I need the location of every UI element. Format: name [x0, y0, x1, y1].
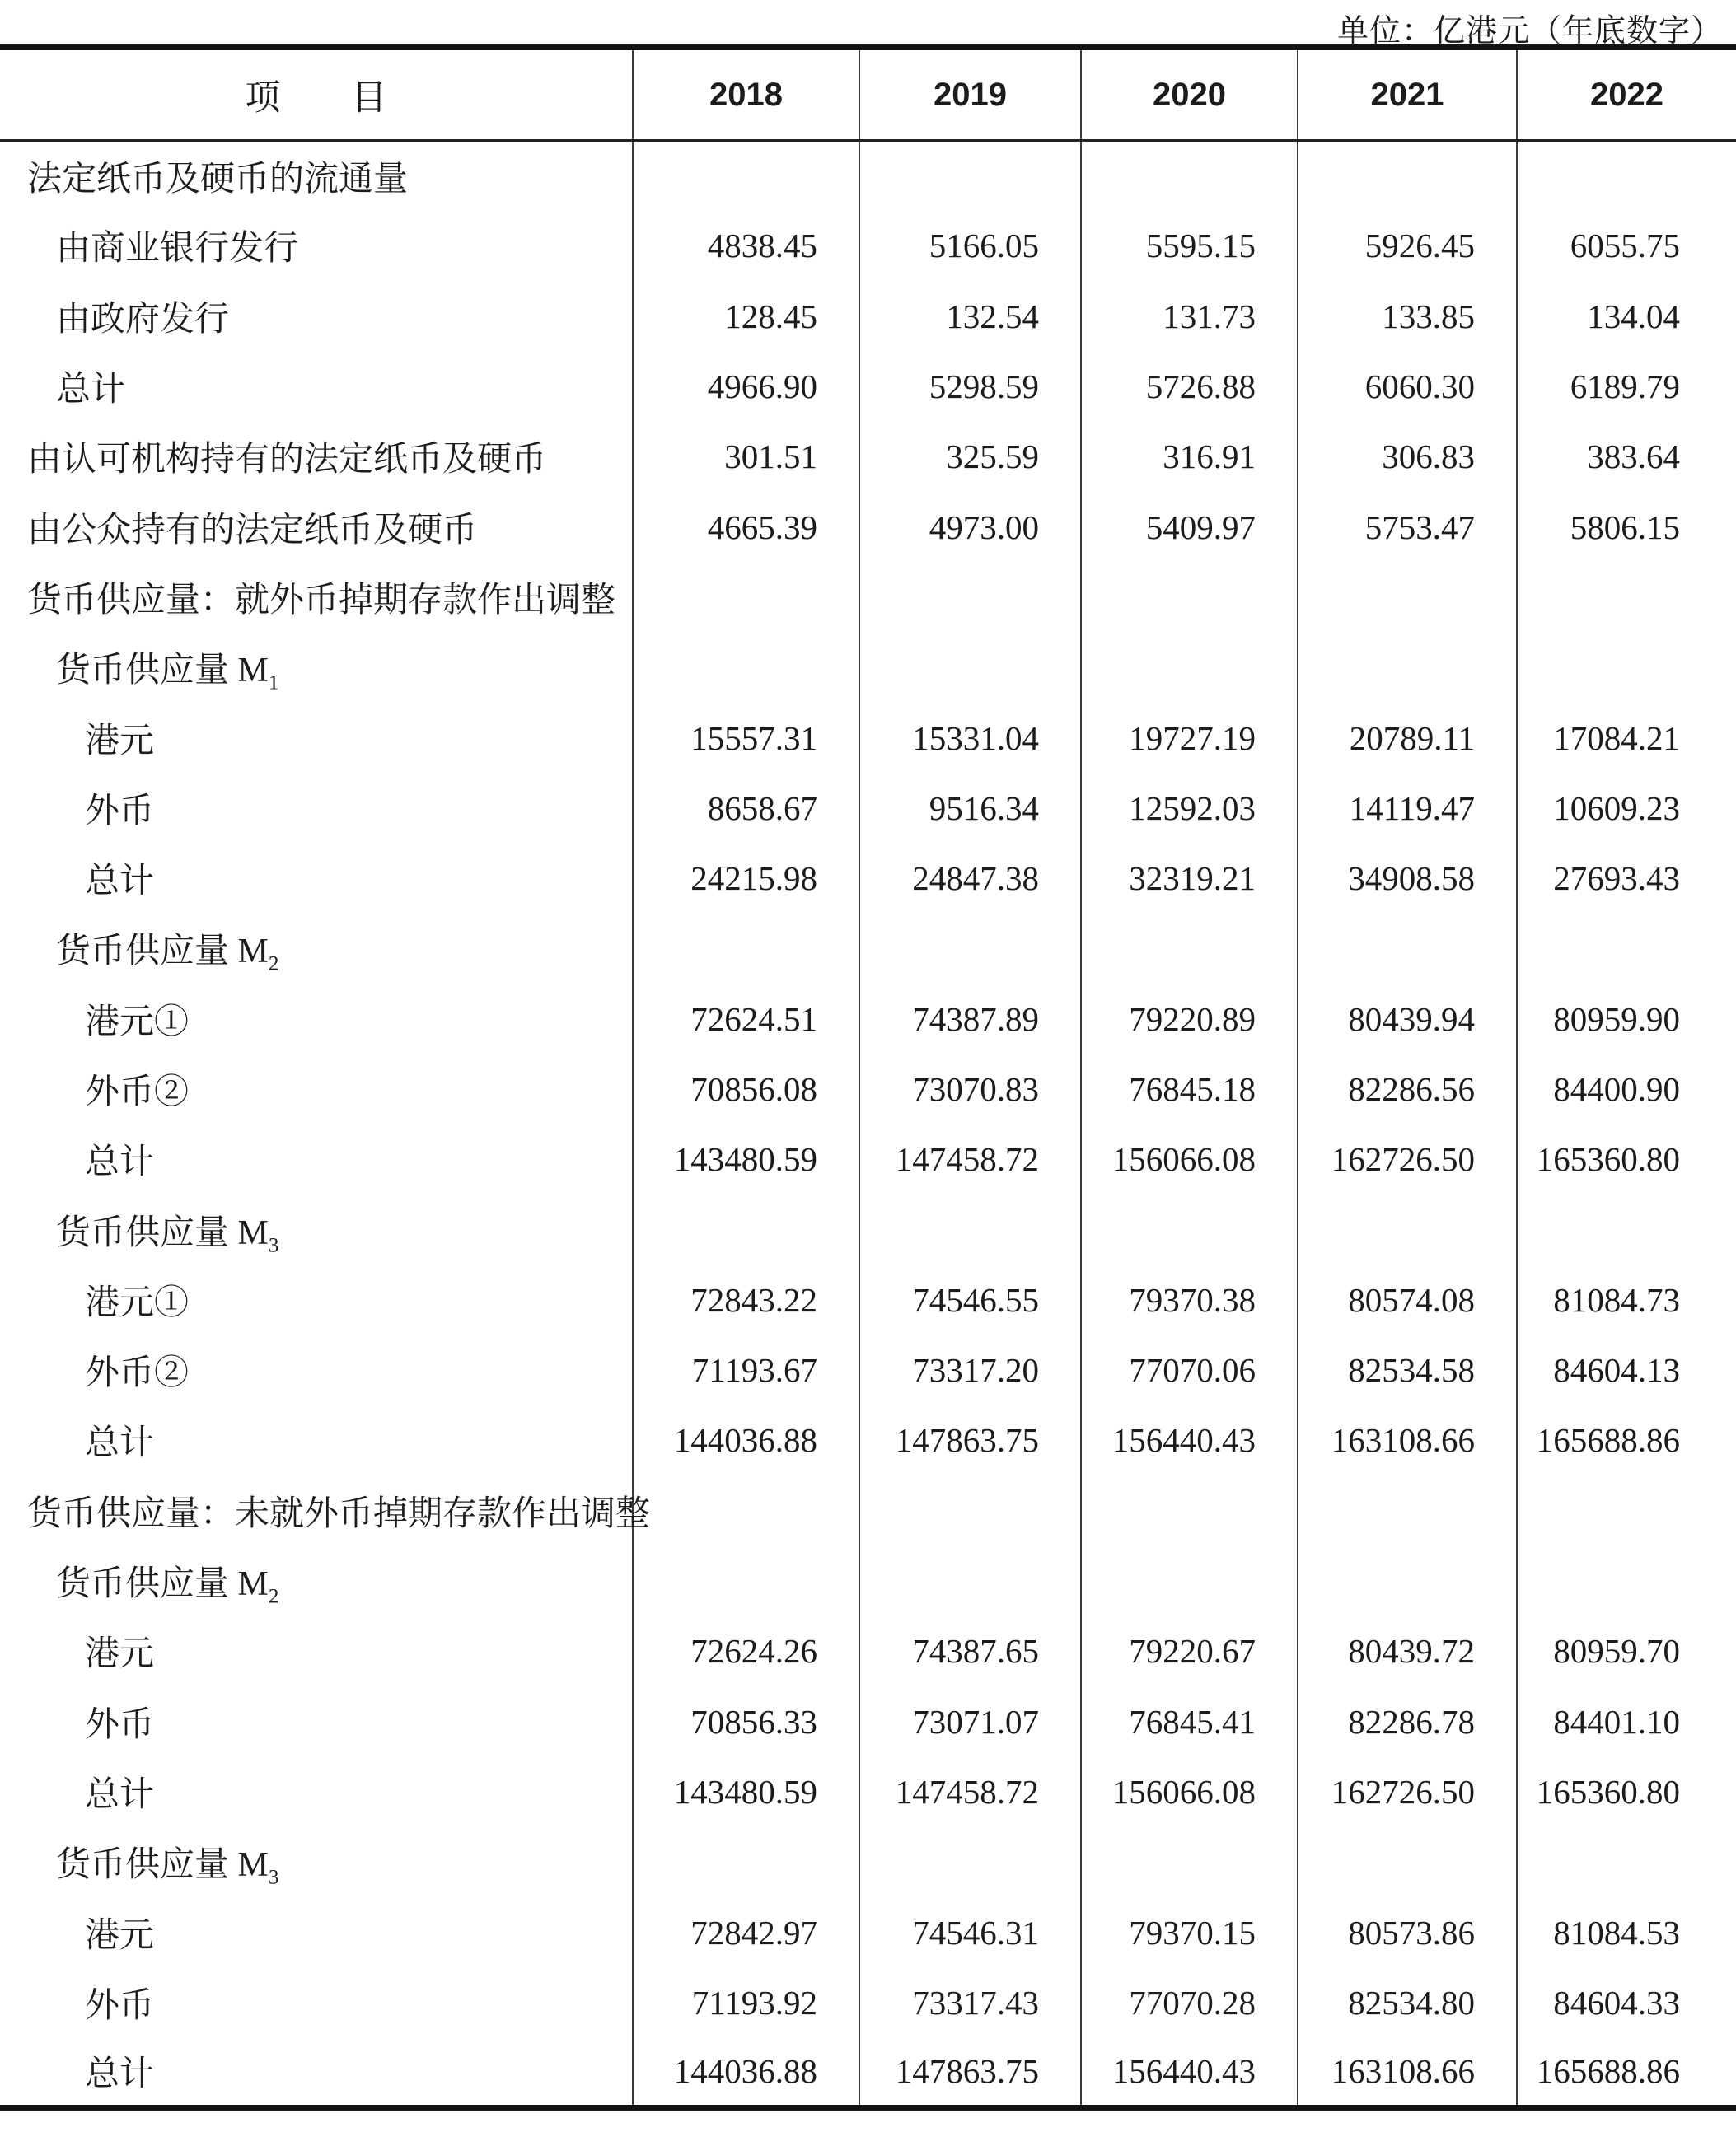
cell-value — [633, 141, 859, 211]
cell-value: 5409.97 — [1081, 492, 1298, 562]
cell-value: 9516.34 — [859, 773, 1081, 843]
cell-value — [859, 1827, 1081, 1897]
table-row: 由商业银行发行4838.455166.055595.155926.456055.… — [0, 211, 1736, 281]
cell-value — [633, 1195, 859, 1265]
row-label: 港元 — [0, 1616, 633, 1686]
cell-value: 5298.59 — [859, 351, 1081, 421]
cell-value — [1517, 914, 1736, 984]
cell-value: 82286.78 — [1298, 1686, 1517, 1756]
row-label: 货币供应量 M3 — [0, 1195, 633, 1265]
table-row: 由公众持有的法定纸币及硬币4665.394973.005409.975753.4… — [0, 492, 1736, 562]
cell-value: 80573.86 — [1298, 1897, 1517, 1967]
table-row: 总计144036.88147863.75156440.43163108.6616… — [0, 1405, 1736, 1475]
row-label: 总计 — [0, 1405, 633, 1475]
cell-value — [633, 1545, 859, 1615]
cell-value: 133.85 — [1298, 281, 1517, 351]
cell-value: 10609.23 — [1517, 773, 1736, 843]
cell-value: 77070.28 — [1081, 1967, 1298, 2037]
cell-value: 74546.31 — [859, 1897, 1081, 1967]
cell-value: 73317.20 — [859, 1335, 1081, 1405]
cell-value: 144036.88 — [633, 1405, 859, 1475]
cell-value: 156440.43 — [1081, 1405, 1298, 1475]
cell-value — [859, 141, 1081, 211]
cell-value — [633, 914, 859, 984]
cell-value: 34908.58 — [1298, 843, 1517, 913]
table-row: 货币供应量：就外币掉期存款作出调整 — [0, 562, 1736, 632]
cell-value: 12592.03 — [1081, 773, 1298, 843]
cell-value — [633, 562, 859, 632]
cell-value: 82534.80 — [1298, 1967, 1517, 2037]
cell-value — [1081, 633, 1298, 703]
table-row: 货币供应量 M2 — [0, 1545, 1736, 1615]
cell-value: 316.91 — [1081, 422, 1298, 492]
cell-value — [1517, 1827, 1736, 1897]
table-row: 总计24215.9824847.3832319.2134908.5827693.… — [0, 843, 1736, 913]
cell-value: 8658.67 — [633, 773, 859, 843]
table-row: 货币供应量 M3 — [0, 1827, 1736, 1897]
table-body: 法定纸币及硬币的流通量由商业银行发行4838.455166.055595.155… — [0, 141, 1736, 2108]
cell-value: 147863.75 — [859, 1405, 1081, 1475]
table-row: 外币70856.3373071.0776845.4182286.7884401.… — [0, 1686, 1736, 1756]
cell-value — [633, 1475, 859, 1545]
table-row: 货币供应量 M2 — [0, 914, 1736, 984]
row-label: 货币供应量 M2 — [0, 914, 633, 984]
cell-value: 165688.86 — [1517, 2038, 1736, 2108]
table-row: 总计144036.88147863.75156440.43163108.6616… — [0, 2038, 1736, 2108]
cell-value: 156066.08 — [1081, 1756, 1298, 1826]
table-row: 外币71193.9273317.4377070.2882534.8084604.… — [0, 1967, 1736, 2037]
unit-label: 单位：亿港元（年底数字） — [0, 0, 1736, 44]
row-label: 由认可机构持有的法定纸币及硬币 — [0, 422, 633, 492]
table-row: 货币供应量 M1 — [0, 633, 1736, 703]
cell-value: 147458.72 — [859, 1756, 1081, 1826]
cell-value — [1081, 1545, 1298, 1615]
cell-value — [859, 562, 1081, 632]
table-row: 货币供应量：未就外币掉期存款作出调整 — [0, 1475, 1736, 1545]
table-row: 货币供应量 M3 — [0, 1195, 1736, 1265]
cell-value — [1298, 914, 1517, 984]
cell-value — [1517, 562, 1736, 632]
table-row: 法定纸币及硬币的流通量 — [0, 141, 1736, 211]
row-label: 由政府发行 — [0, 281, 633, 351]
row-label: 总计 — [0, 1756, 633, 1826]
cell-value — [1517, 1545, 1736, 1615]
column-header-year-2021: 2021 — [1298, 48, 1517, 141]
table-row: 外币②70856.0873070.8376845.1882286.5684400… — [0, 1054, 1736, 1124]
row-label: 总计 — [0, 843, 633, 913]
cell-value — [1298, 1545, 1517, 1615]
cell-value: 4838.45 — [633, 211, 859, 281]
cell-value: 15331.04 — [859, 703, 1081, 773]
cell-value: 84400.90 — [1517, 1054, 1736, 1124]
cell-value: 5726.88 — [1081, 351, 1298, 421]
cell-value: 71193.67 — [633, 1335, 859, 1405]
row-label: 外币 — [0, 773, 633, 843]
cell-value — [859, 1545, 1081, 1615]
cell-value: 132.54 — [859, 281, 1081, 351]
row-label: 总计 — [0, 2038, 633, 2108]
cell-value: 162726.50 — [1298, 1124, 1517, 1195]
cell-value — [633, 633, 859, 703]
cell-value: 325.59 — [859, 422, 1081, 492]
table-row: 港元72842.9774546.3179370.1580573.8681084.… — [0, 1897, 1736, 1967]
cell-value: 6189.79 — [1517, 351, 1736, 421]
table-row: 总计143480.59147458.72156066.08162726.5016… — [0, 1124, 1736, 1195]
row-label: 外币 — [0, 1686, 633, 1756]
cell-value: 6060.30 — [1298, 351, 1517, 421]
row-label: 港元① — [0, 984, 633, 1054]
cell-value: 15557.31 — [633, 703, 859, 773]
cell-value — [1298, 1827, 1517, 1897]
cell-value: 80574.08 — [1298, 1265, 1517, 1335]
row-label: 货币供应量：未就外币掉期存款作出调整 — [0, 1475, 633, 1545]
cell-value: 4966.90 — [633, 351, 859, 421]
cell-value — [859, 1195, 1081, 1265]
cell-value: 128.45 — [633, 281, 859, 351]
cell-value: 71193.92 — [633, 1967, 859, 2037]
cell-value — [1298, 1475, 1517, 1545]
table-row: 外币②71193.6773317.2077070.0682534.5884604… — [0, 1335, 1736, 1405]
cell-value: 80439.94 — [1298, 984, 1517, 1054]
cell-value — [1298, 141, 1517, 211]
cell-value — [859, 633, 1081, 703]
cell-value: 143480.59 — [633, 1756, 859, 1826]
row-label: 法定纸币及硬币的流通量 — [0, 141, 633, 211]
cell-value — [1081, 562, 1298, 632]
cell-value: 70856.33 — [633, 1686, 859, 1756]
row-label: 货币供应量：就外币掉期存款作出调整 — [0, 562, 633, 632]
cell-value: 156066.08 — [1081, 1124, 1298, 1195]
cell-value: 5926.45 — [1298, 211, 1517, 281]
cell-value: 74546.55 — [859, 1265, 1081, 1335]
column-header-item: 项 目 — [0, 48, 633, 141]
cell-value — [1081, 1195, 1298, 1265]
table-row: 由认可机构持有的法定纸币及硬币301.51325.59316.91306.833… — [0, 422, 1736, 492]
cell-value — [1081, 141, 1298, 211]
cell-value: 147863.75 — [859, 2038, 1081, 2108]
row-label: 港元 — [0, 703, 633, 773]
cell-value: 162726.50 — [1298, 1756, 1517, 1826]
cell-value: 74387.89 — [859, 984, 1081, 1054]
cell-value: 82286.56 — [1298, 1054, 1517, 1124]
cell-value: 80959.70 — [1517, 1616, 1736, 1686]
cell-value: 383.64 — [1517, 422, 1736, 492]
cell-value: 72624.26 — [633, 1616, 859, 1686]
cell-value — [859, 914, 1081, 984]
cell-value: 5753.47 — [1298, 492, 1517, 562]
cell-value — [1298, 1195, 1517, 1265]
row-label: 外币② — [0, 1335, 633, 1405]
row-label: 港元 — [0, 1897, 633, 1967]
cell-value — [1081, 914, 1298, 984]
column-header-year-2020: 2020 — [1081, 48, 1298, 141]
cell-value: 81084.53 — [1517, 1897, 1736, 1967]
row-label: 总计 — [0, 1124, 633, 1195]
cell-value: 76845.41 — [1081, 1686, 1298, 1756]
cell-value: 72624.51 — [633, 984, 859, 1054]
column-header-year-2019: 2019 — [859, 48, 1081, 141]
cell-value — [1081, 1827, 1298, 1897]
cell-value: 82534.58 — [1298, 1335, 1517, 1405]
row-label: 港元① — [0, 1265, 633, 1335]
row-label: 由公众持有的法定纸币及硬币 — [0, 492, 633, 562]
column-header-year-2022: 2022 — [1517, 48, 1736, 141]
cell-value: 79220.89 — [1081, 984, 1298, 1054]
cell-value: 301.51 — [633, 422, 859, 492]
row-label: 货币供应量 M1 — [0, 633, 633, 703]
cell-value: 17084.21 — [1517, 703, 1736, 773]
cell-value: 84604.13 — [1517, 1335, 1736, 1405]
cell-value: 79370.15 — [1081, 1897, 1298, 1967]
cell-value — [1298, 562, 1517, 632]
cell-value: 144036.88 — [633, 2038, 859, 2108]
cell-value — [1517, 633, 1736, 703]
cell-value: 5595.15 — [1081, 211, 1298, 281]
cell-value: 79220.67 — [1081, 1616, 1298, 1686]
cell-value: 163108.66 — [1298, 1405, 1517, 1475]
table-row: 港元①72843.2274546.5579370.3880574.0881084… — [0, 1265, 1736, 1335]
table-row: 由政府发行128.45132.54131.73133.85134.04 — [0, 281, 1736, 351]
row-label: 外币 — [0, 1967, 633, 2037]
cell-value — [1081, 1475, 1298, 1545]
cell-value: 6055.75 — [1517, 211, 1736, 281]
cell-value: 24847.38 — [859, 843, 1081, 913]
row-label: 货币供应量 M3 — [0, 1827, 633, 1897]
cell-value: 27693.43 — [1517, 843, 1736, 913]
cell-value: 156440.43 — [1081, 2038, 1298, 2108]
cell-value: 147458.72 — [859, 1124, 1081, 1195]
table-row: 总计4966.905298.595726.886060.306189.79 — [0, 351, 1736, 421]
cell-value: 84401.10 — [1517, 1686, 1736, 1756]
cell-value: 76845.18 — [1081, 1054, 1298, 1124]
cell-value — [633, 1827, 859, 1897]
cell-value: 81084.73 — [1517, 1265, 1736, 1335]
cell-value — [1298, 633, 1517, 703]
cell-value: 134.04 — [1517, 281, 1736, 351]
cell-value: 77070.06 — [1081, 1335, 1298, 1405]
cell-value: 165360.80 — [1517, 1756, 1736, 1826]
cell-value: 72843.22 — [633, 1265, 859, 1335]
cell-value: 20789.11 — [1298, 703, 1517, 773]
cell-value — [1517, 1475, 1736, 1545]
row-label: 总计 — [0, 351, 633, 421]
table-header-row: 项 目 2018 2019 2020 2021 2022 — [0, 48, 1736, 141]
cell-value: 32319.21 — [1081, 843, 1298, 913]
money-supply-table: 项 目 2018 2019 2020 2021 2022 法定纸币及硬币的流通量… — [0, 44, 1736, 2111]
row-label: 外币② — [0, 1054, 633, 1124]
cell-value: 73071.07 — [859, 1686, 1081, 1756]
cell-value: 80959.90 — [1517, 984, 1736, 1054]
cell-value: 73317.43 — [859, 1967, 1081, 2037]
cell-value: 165360.80 — [1517, 1124, 1736, 1195]
cell-value: 70856.08 — [633, 1054, 859, 1124]
cell-value: 4665.39 — [633, 492, 859, 562]
cell-value: 80439.72 — [1298, 1616, 1517, 1686]
table-row: 外币8658.679516.3412592.0314119.4710609.23 — [0, 773, 1736, 843]
cell-value: 72842.97 — [633, 1897, 859, 1967]
cell-value: 24215.98 — [633, 843, 859, 913]
cell-value — [1517, 1195, 1736, 1265]
column-header-year-2018: 2018 — [633, 48, 859, 141]
cell-value: 163108.66 — [1298, 2038, 1517, 2108]
cell-value: 5806.15 — [1517, 492, 1736, 562]
table-row: 港元15557.3115331.0419727.1920789.1117084.… — [0, 703, 1736, 773]
cell-value: 306.83 — [1298, 422, 1517, 492]
cell-value: 4973.00 — [859, 492, 1081, 562]
cell-value: 74387.65 — [859, 1616, 1081, 1686]
cell-value: 131.73 — [1081, 281, 1298, 351]
table-row: 总计143480.59147458.72156066.08162726.5016… — [0, 1756, 1736, 1826]
cell-value: 143480.59 — [633, 1124, 859, 1195]
cell-value: 19727.19 — [1081, 703, 1298, 773]
row-label: 由商业银行发行 — [0, 211, 633, 281]
table-row: 港元①72624.5174387.8979220.8980439.9480959… — [0, 984, 1736, 1054]
cell-value: 73070.83 — [859, 1054, 1081, 1124]
cell-value: 79370.38 — [1081, 1265, 1298, 1335]
row-label: 货币供应量 M2 — [0, 1545, 633, 1615]
cell-value: 165688.86 — [1517, 1405, 1736, 1475]
cell-value: 14119.47 — [1298, 773, 1517, 843]
cell-value — [859, 1475, 1081, 1545]
cell-value — [1517, 141, 1736, 211]
cell-value: 84604.33 — [1517, 1967, 1736, 2037]
cell-value: 5166.05 — [859, 211, 1081, 281]
table-row: 港元72624.2674387.6579220.6780439.7280959.… — [0, 1616, 1736, 1686]
